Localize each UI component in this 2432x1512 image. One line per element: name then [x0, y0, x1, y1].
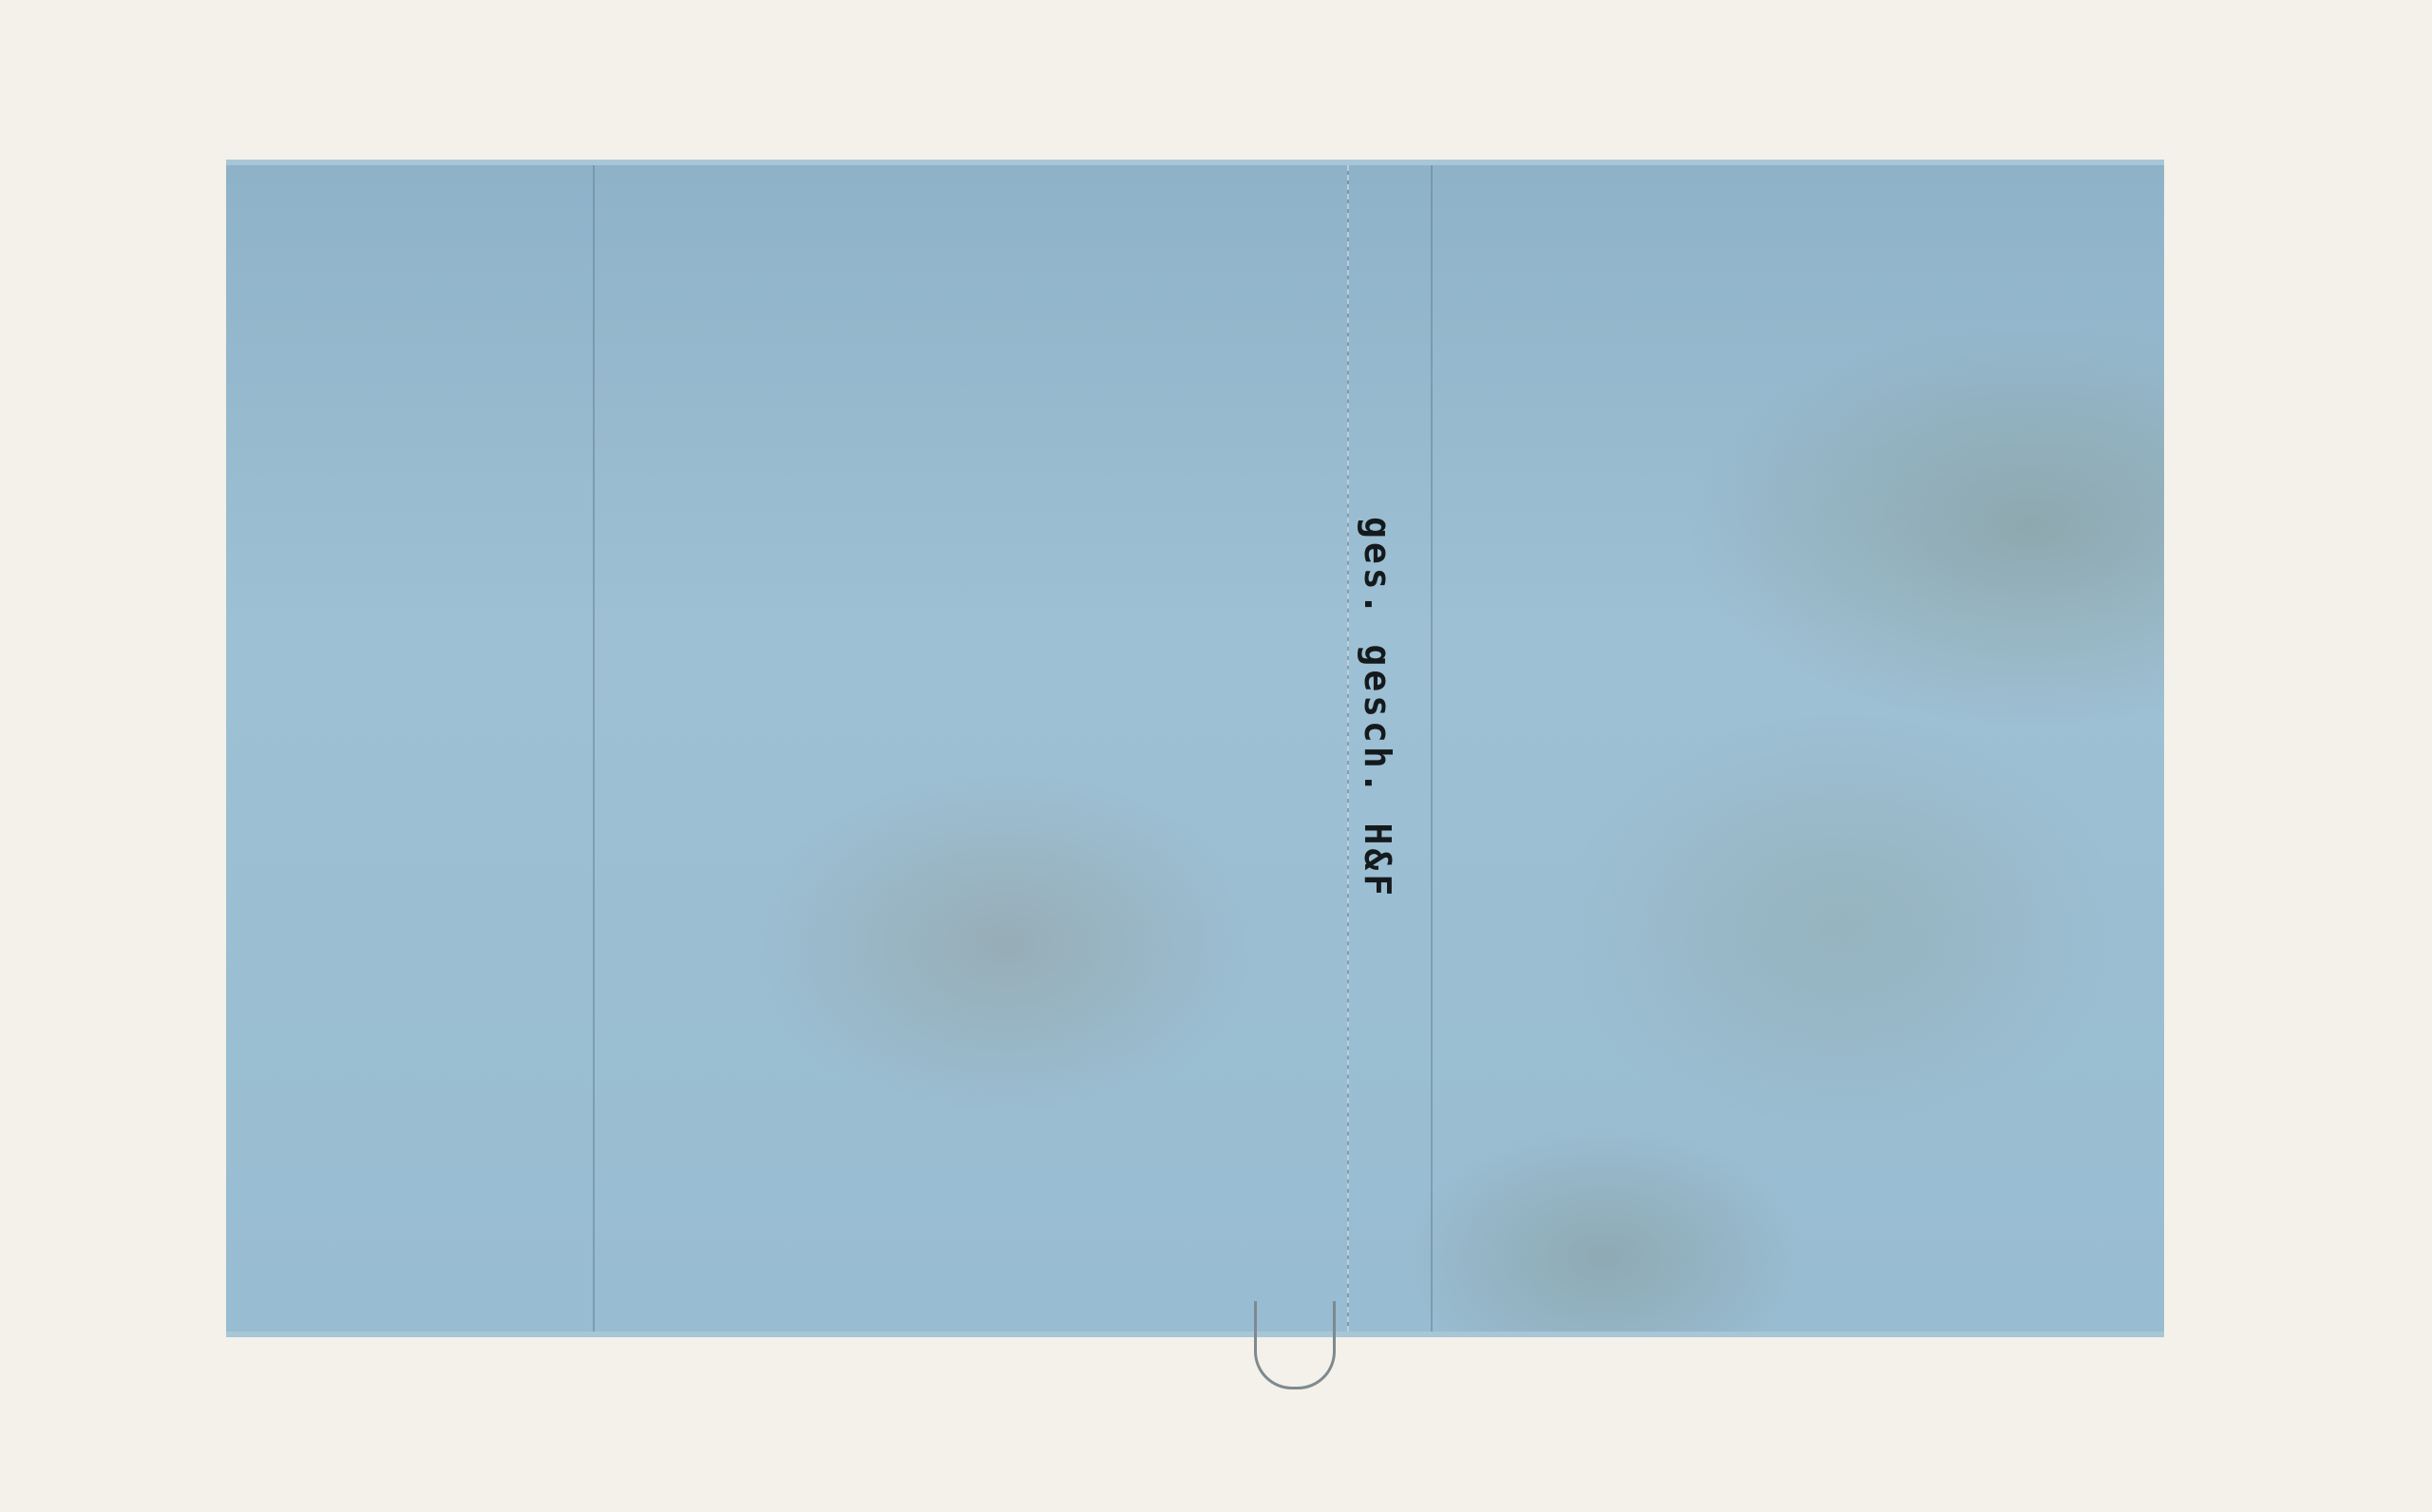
- woven-maker-label: ges. gesch. H&F: [1357, 517, 1398, 899]
- stitch-seam: [1431, 165, 1433, 1332]
- loose-thread: [1254, 1301, 1336, 1389]
- stitch-seam: [593, 165, 595, 1332]
- armband-fabric: ges. gesch. H&F: [226, 160, 2164, 1337]
- stitch-seam: [1347, 165, 1349, 1332]
